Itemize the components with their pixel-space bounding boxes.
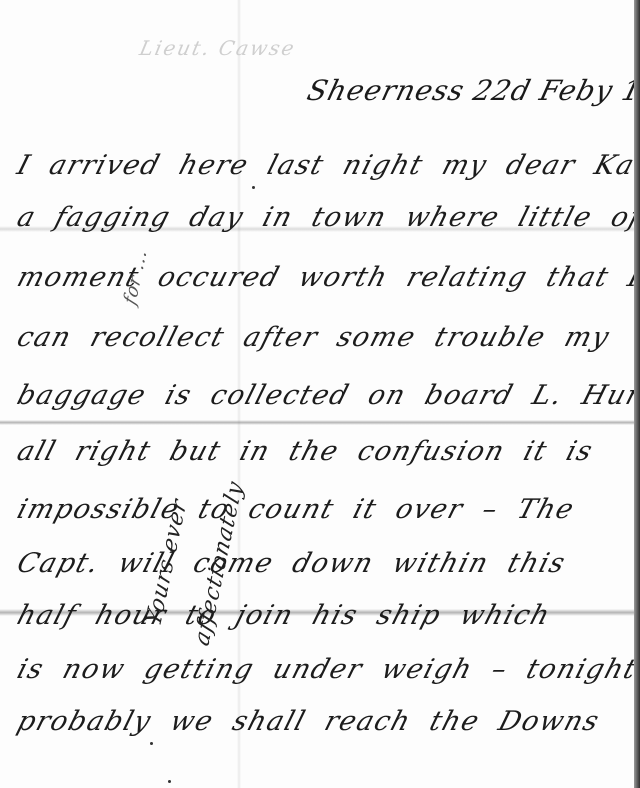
letter-line: baggage is collected on board L. Hunt bbox=[14, 380, 640, 411]
letter-line: impossible to count it over – The bbox=[14, 494, 579, 525]
ink-speck bbox=[150, 742, 153, 745]
letter-dateline: Sheerness 22d Feby 1814 bbox=[304, 74, 640, 107]
faint-address-bleedthrough: Lieut. Cawse bbox=[137, 36, 298, 60]
letter-line: Capt. will come down within this bbox=[14, 548, 570, 579]
fold-line-middle bbox=[0, 420, 634, 425]
letter-line: all right but in the confusion it is bbox=[14, 436, 597, 467]
ink-speck bbox=[168, 780, 171, 783]
letter-line: can recollect after some trouble my bbox=[14, 322, 614, 353]
letter-line: half hour to join his ship which bbox=[14, 600, 555, 631]
letter-line: a fagging day in town where little of bbox=[14, 202, 640, 233]
scan-right-edge bbox=[634, 0, 640, 788]
letter-line: probably we shall reach the Downs bbox=[14, 706, 604, 737]
letter-page: Lieut. Cawse Sheerness 22d Feby 1814 I a… bbox=[0, 0, 640, 788]
letter-line: is now getting under weigh – tonight bbox=[14, 654, 640, 685]
letter-line: I arrived here last night my dear Kate a… bbox=[14, 150, 640, 181]
letter-line: moment occured worth relating that I bbox=[14, 262, 640, 293]
ink-speck bbox=[252, 186, 255, 189]
